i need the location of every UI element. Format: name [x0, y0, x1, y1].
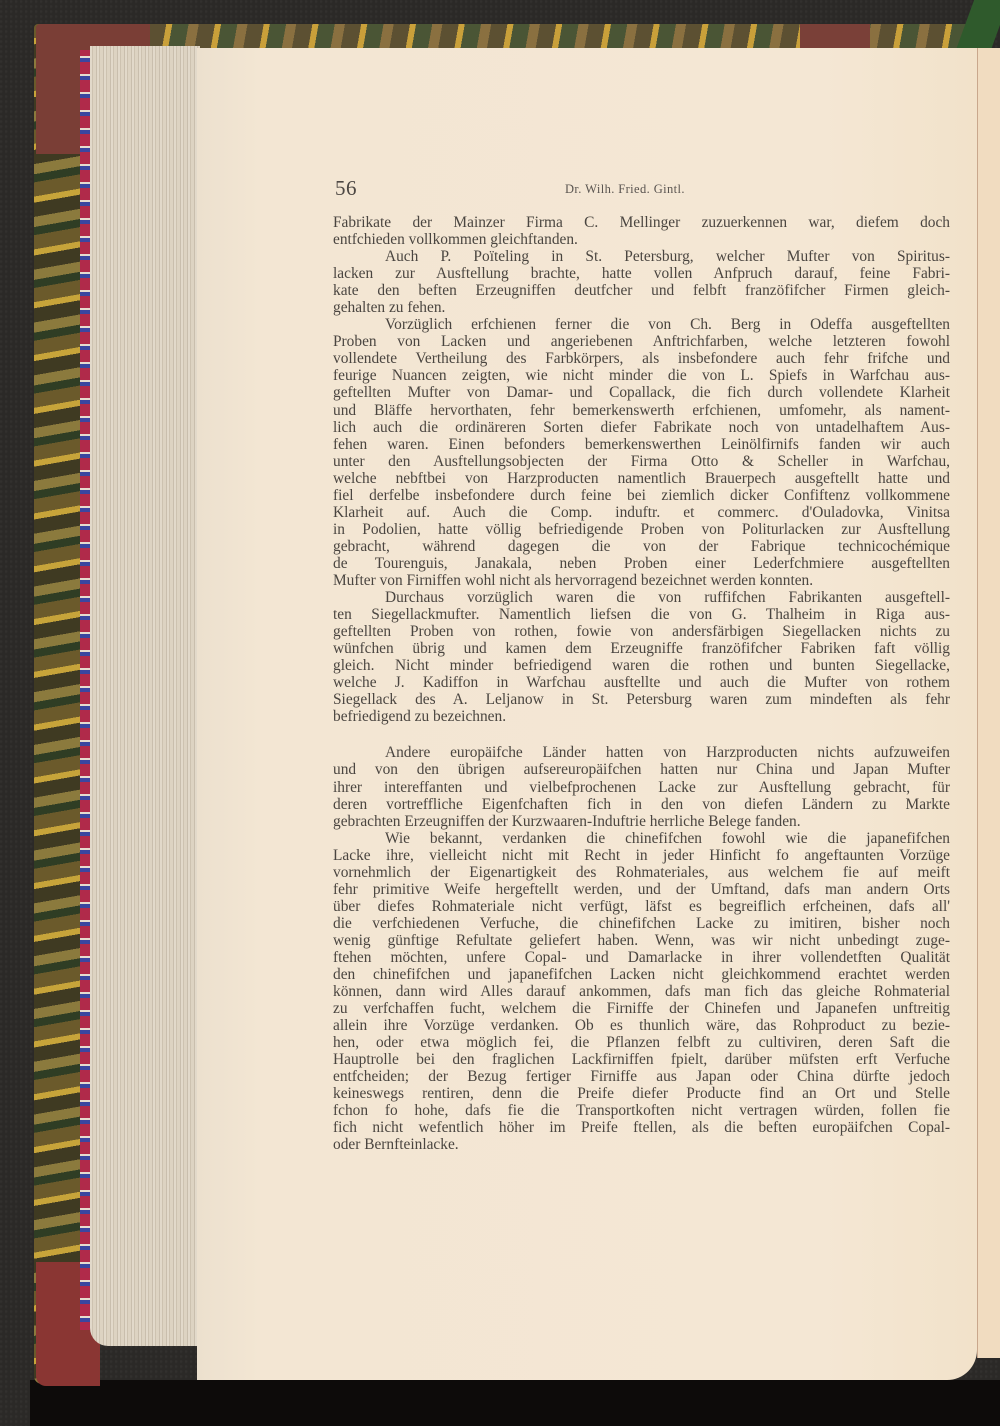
text-line: vollendete Vertheilung des Farbkörpers, …: [333, 350, 950, 367]
text-line: entfcheiden; der Bezug fertiger Firniffe…: [333, 1068, 950, 1085]
facing-page-edge: [977, 48, 1000, 1358]
paragraph: Andere europäifche Länder hatten von Har…: [333, 744, 950, 829]
text-line: in Podolien, hatte völlig befriedigende …: [333, 521, 950, 538]
text-line: welche J. Kadiffon in Warfchau ausftellt…: [333, 674, 950, 691]
running-head: 56 Dr. Wilh. Fried. Gintl.: [335, 176, 955, 200]
text-line: Fabrikate der Mainzer Firma C. Mellinger…: [333, 214, 950, 231]
page-number: 56: [335, 176, 357, 201]
running-title: Dr. Wilh. Fried. Gintl.: [565, 182, 685, 197]
page-edges: [90, 46, 200, 1346]
text-line: gebracht, während dagegen die von der Fa…: [333, 538, 950, 555]
text-line: und von den übrigen aufsereuropäifchen h…: [333, 761, 950, 778]
text-line: zu verfchaffen fucht, welchem die Firnif…: [333, 1000, 950, 1017]
text-line: fiel derfelbe insbefondere durch feine b…: [333, 487, 950, 504]
text-line: de Tourenguis, Janakala, neben Proben ei…: [333, 555, 950, 572]
text-line: Durchaus vorzüglich waren die von ruffif…: [333, 589, 950, 606]
text-line: unter den Ausftellungsobjecten der Firma…: [333, 453, 950, 470]
text-line: allein ihre Vorzüge verdanken. Ob es thu…: [333, 1017, 950, 1034]
text-line: geftellten Mufter von Damar- und Copalla…: [333, 384, 950, 401]
text-line: den chinefifchen und japanefifchen Lacke…: [333, 966, 950, 983]
text-line: fehr primitive Weife hergeftellt werden,…: [333, 881, 950, 898]
text-line: Wie bekannt, verdanken die chinefifchen …: [333, 830, 950, 847]
headband: [80, 50, 90, 1330]
text-line: Klarheit auf. Auch die Comp. induftr. et…: [333, 504, 950, 521]
text-line: Andere europäifche Länder hatten von Har…: [333, 744, 950, 761]
text-line: können, dann wird Alles darauf ankommen,…: [333, 983, 950, 1000]
text-line: lich auch die ordinäreren Sorten diefer …: [333, 419, 950, 436]
paragraph: Durchaus vorzüglich waren die von ruffif…: [333, 589, 950, 725]
text-line: ihrer intereffanten und vielbefprochenen…: [333, 779, 950, 796]
text-line: gehalten zu fehen.: [333, 299, 950, 316]
text-line: fich nicht wefentlich höher im Preife ft…: [333, 1119, 950, 1136]
text-line: welche nebftbei von Harzproducten nament…: [333, 470, 950, 487]
text-line: geftellten Proben von rothen, fowie von …: [333, 623, 950, 640]
text-line: oder Bernfteinlacke.: [333, 1136, 950, 1153]
text-line: ftehen möchten, unfere Copal- und Damarl…: [333, 949, 950, 966]
text-line: und Bläffe hervorthaten, fehr bemerkensw…: [333, 402, 950, 419]
text-line: Proben von Lacken und angeriebenen Anftr…: [333, 333, 950, 350]
text-line: Hauptrolle bei den fraglichen Lackfirnif…: [333, 1051, 950, 1068]
text-line: gebrachten Erzeugniffen der Kurzwaaren-I…: [333, 813, 950, 830]
text-line: Siegellack des A. Leljanow in St. Peters…: [333, 691, 950, 708]
text-line: keineswegs rentiren, denn die Preife die…: [333, 1085, 950, 1102]
text-line: ten Siegellackmufter. Namentlich liefsen…: [333, 606, 950, 623]
leather-spine-top: [800, 24, 870, 48]
body-text: Fabrikate der Mainzer Firma C. Mellinger…: [333, 214, 950, 1154]
shadow: [30, 1380, 1000, 1426]
text-line: kate den beften Erzeugniffen deutfcher u…: [333, 282, 950, 299]
text-line: entfchieden vollkommen gleichftanden.: [333, 231, 950, 248]
text-line: über diefes Rohmateriale nicht verfügt, …: [333, 898, 950, 915]
paragraph: Vorzüglich erfchienen ferner die von Ch.…: [333, 316, 950, 589]
marbled-cover-left: [34, 24, 84, 1384]
text-line: hen, oder etwa möglich fei, die Pflanzen…: [333, 1034, 950, 1051]
text-line: die verfchiedenen Verfuche, die chinefif…: [333, 915, 950, 932]
text-line: feurige Nuancen zeigten, wie nicht minde…: [333, 367, 950, 384]
text-line: Lacke ihre, vielleicht nicht mit Recht i…: [333, 847, 950, 864]
paragraph: Wie bekannt, verdanken die chinefifchen …: [333, 830, 950, 1154]
text-line: fchon fo hohe, dafs fie die Transportkof…: [333, 1102, 950, 1119]
text-line: Vorzüglich erfchienen ferner die von Ch.…: [333, 316, 950, 333]
text-line: vornehmlich der Eigenartigkeit des Rohma…: [333, 864, 950, 881]
text-line: lacken zur Ausftellung brachte, hatte vo…: [333, 265, 950, 282]
paragraph: Fabrikate der Mainzer Firma C. Mellinger…: [333, 214, 950, 248]
text-line: wünfchen übrig und kamen dem Erzeugniffe…: [333, 640, 950, 657]
text-line: gleich. Nicht minder befriedigend waren …: [333, 657, 950, 674]
text-line: fehen waren. Einen befonders bemerkenswe…: [333, 436, 950, 453]
text-line: Auch P. Poïteling in St. Petersburg, wel…: [333, 248, 950, 265]
text-line: wenig günftige Refultate geliefert haben…: [333, 932, 950, 949]
text-line: Mufter von Firniffen wohl nicht als herv…: [333, 572, 950, 589]
text-line: befriedigend zu bezeichnen.: [333, 708, 950, 725]
paragraph: Auch P. Poïteling in St. Petersburg, wel…: [333, 248, 950, 316]
section-gap: [333, 725, 950, 744]
text-line: deren vortreffliche Eigenfchaften fich i…: [333, 796, 950, 813]
